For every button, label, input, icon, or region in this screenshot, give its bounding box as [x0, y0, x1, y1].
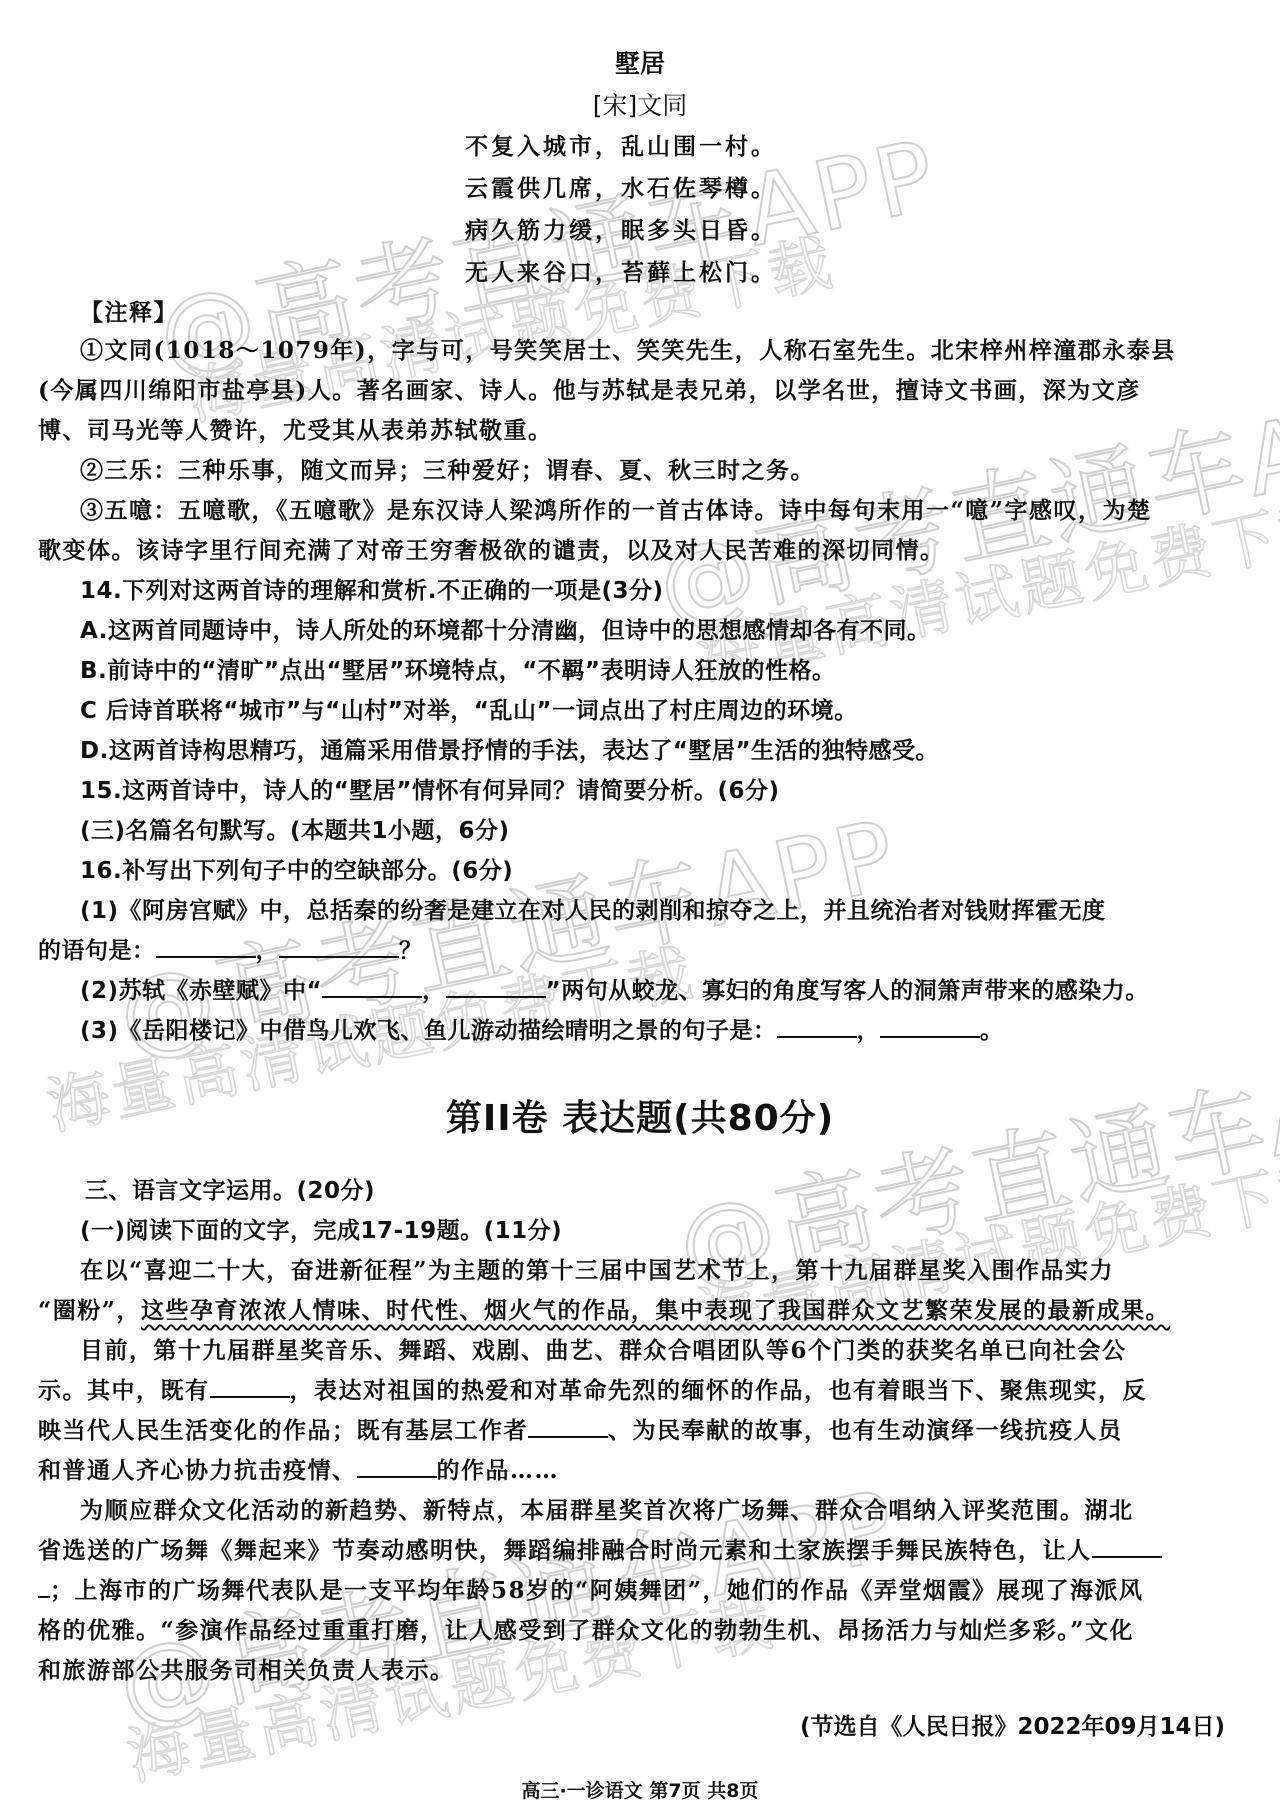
passage-line: 示。其中，既有，表达对祖国的热爱和对革命先烈的缅怀的作品，也有着眼当下、聚焦现实…: [38, 1372, 1243, 1405]
question-16-item-2: (2)苏轼《赤壁赋》中“，”两句从蛟龙、寡妇的角度写客人的洞箫声带来的感染力。: [80, 972, 1243, 1005]
poem-line: 云霞供几席，水石佐琴樽。: [465, 170, 777, 203]
note-1-line: 博、司马光等人赞许，尤受其从表弟苏轼敬重。: [38, 412, 1243, 445]
wavy-underlined-sentence: 这些孕育浓浓人情味、时代性、烟火气的作品，集中表现了我国群众文艺繁荣发展的最新成…: [141, 1297, 1170, 1324]
question-14-stem: 14.下列对这两首诗的理解和赏析.不正确的一项是(3分): [80, 572, 1243, 605]
answer-blank[interactable]: [210, 1378, 290, 1398]
passage-text: 省选送的广场舞《舞起来》节奏动感明快，舞蹈编排融合时尚元素和土家族摆手舞民族特色…: [38, 1537, 1092, 1564]
notes-heading: 【注释】: [80, 294, 1243, 327]
passage-text: 映当代人民生活变化的作品；既有基层工作者: [38, 1417, 528, 1444]
question-15-stem: 15.这两首诗中，诗人的“墅居”情怀有何异同？请简要分析。(6分): [80, 772, 1243, 805]
answer-blank[interactable]: [528, 1418, 608, 1438]
comma: ，: [256, 938, 280, 964]
passage-line: 在以“喜迎二十大，奋进新征程”为主题的第十三届中国艺术节上，第十九届群星奖入围作…: [80, 1252, 1243, 1285]
poem-line: 不复入城市，乱山围一村。: [465, 128, 777, 161]
answer-blank[interactable]: [1092, 1538, 1162, 1558]
poem-title: 墅居: [0, 44, 1280, 80]
answer-blank[interactable]: [322, 978, 422, 998]
passage-text: ，表达对祖国的热爱和对革命先烈的缅怀的作品，也有着眼当下、聚焦现实，反: [290, 1377, 1148, 1404]
exam-page: @高考直通车APP 海量高清试题免费下载 @高考直通车APP 海量高清试题免费下…: [0, 0, 1280, 1810]
question-16-item-1: (1)《阿房宫赋》中，总括秦的纷奢是建立在对人民的剥削和掠夺之上，并且统治者对钱…: [80, 892, 1243, 925]
note-3-line: 歌变体。该诗字里行间充满了对帝王穷奢极欲的谴责，以及对人民苦难的深切同情。: [38, 532, 1243, 565]
volume-2-title: 第II卷 表达题(共80分): [0, 1090, 1280, 1141]
source-citation: (节选自《人民日报》2022年09月14日): [800, 1708, 1225, 1741]
answer-blank[interactable]: [357, 1458, 437, 1478]
passage-line: 为顺应群众文化活动的新趋势、新特点，本届群星奖首次将广场舞、群众合唱纳入评奖范围…: [80, 1492, 1243, 1525]
answer-blank[interactable]: [446, 978, 546, 998]
question-16-item-3: (3)《岳阳楼记》中借鸟儿欢飞、鱼儿游动描绘晴明之景的句子是：，。: [80, 1012, 1243, 1045]
note-1-line: ①文同(1018～1079年)，字与可，号笑笑居士、笑笑先生，人称石室先生。北宋…: [80, 332, 1243, 365]
page-footer: 高三·一诊语文 第7页 共8页: [0, 1776, 1280, 1803]
answer-blank[interactable]: [777, 1018, 857, 1038]
passage-line: ；上海市的广场舞代表队是一支平均年龄58岁的“阿姨舞团”，她们的作品《弄堂烟霞》…: [38, 1572, 1243, 1605]
passage-line: 格的优雅。“参演作品经过重重打磨，让人感受到了群众文化的勃勃生机、昂扬活力与灿烂…: [38, 1612, 1243, 1645]
poem-author: [宋]文同: [0, 86, 1280, 122]
answer-prefix: (2)苏轼《赤壁赋》中“: [80, 978, 322, 1004]
note-1-line: (今属四川绵阳市盐亭县)人。著名画家、诗人。他与苏轼是表兄弟，以学名世，擅诗文书…: [38, 372, 1243, 405]
passage-text: 和普通人齐心协力抗击疫情、: [38, 1457, 357, 1484]
answer-blank[interactable]: [880, 1018, 980, 1038]
question-14-option-b: B.前诗中的“清旷”点出“墅居”环境特点，“不羁”表明诗人狂放的性格。: [80, 652, 1243, 685]
note-2: ②三乐：三种乐事，随文而异；三种爱好；谓春、夏、秋三时之务。: [80, 452, 1243, 485]
answer-suffix: ”两句从蛟龙、寡妇的角度写客人的洞箫声带来的感染力。: [546, 978, 1149, 1004]
question-16-item-1-answer: 的语句是：，？: [38, 932, 1243, 965]
question-16-stem: 16.补写出下列句子中的空缺部分。(6分): [80, 852, 1243, 885]
passage-line: 和普通人齐心协力抗击疫情、的作品……: [38, 1452, 1243, 1485]
question-14-option-a: A.这两首同题诗中，诗人所处的环境都十分清幽，但诗中的思想感情却各有不同。: [80, 612, 1243, 645]
period: 。: [980, 1018, 1004, 1044]
part-3-heading: (三)名篇名句默写。(本题共1小题，6分): [80, 812, 1243, 845]
comma: ，: [857, 1018, 881, 1044]
passage-line: 映当代人民生活变化的作品；既有基层工作者、为民奉献的故事，也有生动演绎一线抗疫人…: [38, 1412, 1243, 1445]
passage-text: 的作品……: [437, 1457, 560, 1484]
passage-line: 和旅游部公共服务司相关负责人表示。: [38, 1652, 1243, 1685]
section-3-heading: 三、语言文字运用。(20分): [85, 1172, 1280, 1205]
question-14-option-d: D.这两首诗构思精巧，通篇采用借景抒情的手法，表达了“墅居”生活的独特感受。: [80, 732, 1243, 765]
passage-text: ；上海市的广场舞代表队是一支平均年龄58岁的“阿姨舞团”，她们的作品《弄堂烟霞》…: [50, 1577, 1143, 1604]
answer-blank[interactable]: [156, 938, 256, 958]
passage-text: “圈粉”，: [38, 1297, 141, 1324]
answer-blank[interactable]: [279, 938, 399, 958]
passage-line: “圈粉”，这些孕育浓浓人情味、时代性、烟火气的作品，集中表现了我国群众文艺繁荣发…: [38, 1292, 1243, 1325]
question-14-option-c: C 后诗首联将“城市”与“山村”对举，“乱山”一词点出了村庄周边的环境。: [80, 692, 1243, 725]
passage-text: 示。其中，既有: [38, 1377, 210, 1404]
answer-blank[interactable]: [38, 1578, 50, 1598]
comma: ，: [422, 978, 446, 1004]
passage-line: 省选送的广场舞《舞起来》节奏动感明快，舞蹈编排融合时尚元素和土家族摆手舞民族特色…: [38, 1532, 1243, 1565]
note-3-line: ③五噫：五噫歌，《五噫歌》是东汉诗人梁鸿所作的一首古体诗。诗中每句末用一“噫”字…: [80, 492, 1243, 525]
passage-text: 、为民奉献的故事，也有生动演绎一线抗疫人员: [608, 1417, 1123, 1444]
answer-prefix: (3)《岳阳楼记》中借鸟儿欢飞、鱼儿游动描绘晴明之景的句子是：: [80, 1018, 777, 1044]
poem-line: 病久筋力缓，眠多头日昏。: [465, 212, 777, 245]
passage-line: 目前，第十九届群星奖音乐、舞蹈、戏剧、曲艺、群众合唱团队等6个门类的获奖名单已向…: [80, 1332, 1243, 1365]
section-3-sub-1: (一)阅读下面的文字，完成17-19题。(11分): [80, 1212, 1243, 1245]
question-mark: ？: [399, 938, 423, 964]
poem-line: 无人来谷口，苔藓上松门。: [465, 254, 777, 287]
answer-prefix: 的语句是：: [38, 938, 156, 964]
